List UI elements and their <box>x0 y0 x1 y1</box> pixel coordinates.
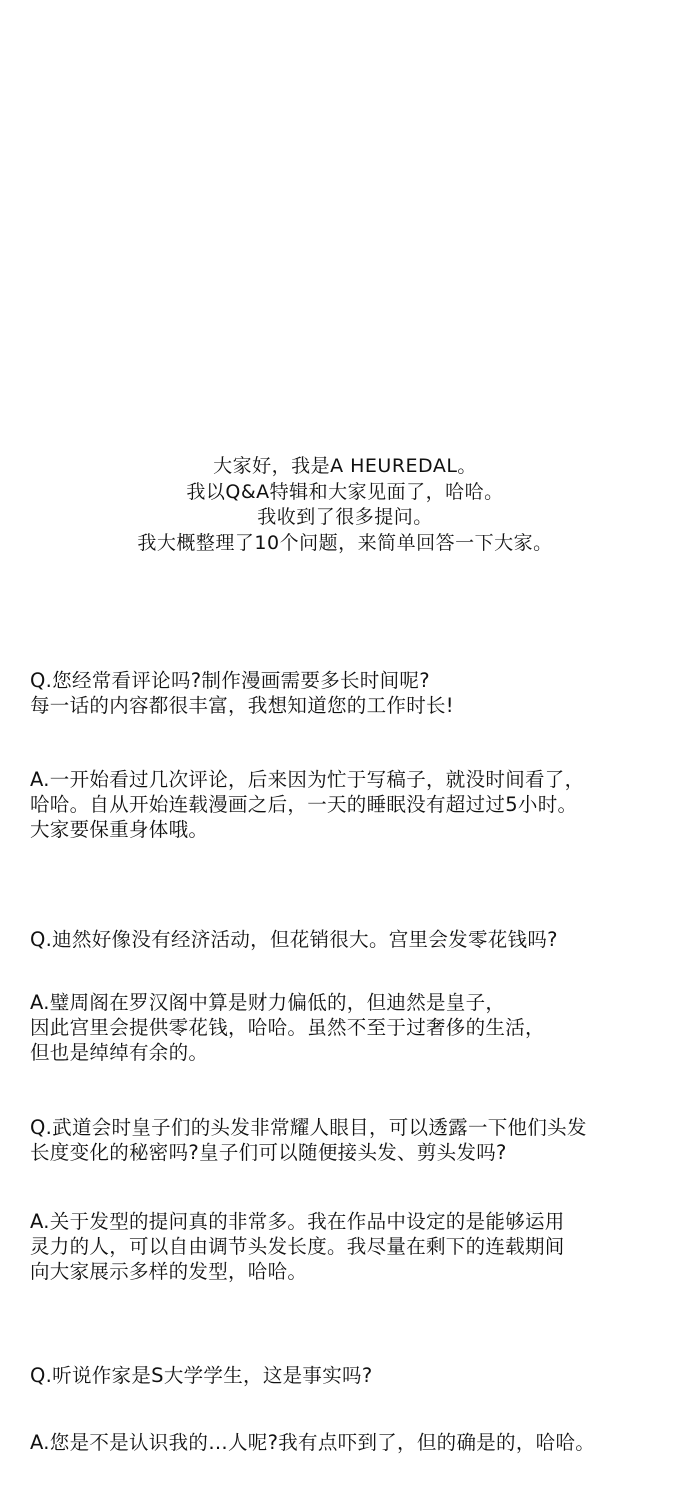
answer-line: A.璧周阁在罗汉阁中算是财力偏低的，但迪然是皇子， <box>30 990 670 1015</box>
question-line: Q.迪然好像没有经济活动，但花销很大。宫里会发零花钱吗? <box>30 927 670 952</box>
question-line: 每一话的内容都很丰富，我想知道您的工作时长! <box>30 693 670 718</box>
answer-line: A.您是不是认识我的…人呢?我有点吓到了，但的确是的，哈哈。 <box>30 1430 670 1455</box>
intro-line: 大家好，我是A HEUREDAL。 <box>0 454 690 480</box>
question-4: Q.听说作家是S大学学生，这是事实吗? <box>30 1363 670 1388</box>
question-line: Q.听说作家是S大学学生，这是事实吗? <box>30 1363 670 1388</box>
answer-3: A.关于发型的提问真的非常多。我在作品中设定的是能够运用 灵力的人，可以自由调节… <box>30 1209 670 1284</box>
comic-page: 大家好，我是A HEUREDAL。 我以Q&A特辑和大家见面了，哈哈。 我收到了… <box>0 0 690 1500</box>
answer-line: 但也是绰绰有余的。 <box>30 1040 670 1065</box>
answer-line: A.关于发型的提问真的非常多。我在作品中设定的是能够运用 <box>30 1209 670 1234</box>
question-2: Q.迪然好像没有经济活动，但花销很大。宫里会发零花钱吗? <box>30 927 670 952</box>
answer-line: 灵力的人，可以自由调节头发长度。我尽量在剩下的连载期间 <box>30 1234 670 1259</box>
question-1: Q.您经常看评论吗?制作漫画需要多长时间呢? 每一话的内容都很丰富，我想知道您的… <box>30 668 670 718</box>
intro-line: 我以Q&A特辑和大家见面了，哈哈。 <box>0 480 690 506</box>
answer-1: A.一开始看过几次评论，后来因为忙于写稿子，就没时间看了， 哈哈。自从开始连载漫… <box>30 767 670 842</box>
intro-line: 我大概整理了10个问题，来简单回答一下大家。 <box>0 531 690 557</box>
question-line: Q.您经常看评论吗?制作漫画需要多长时间呢? <box>30 668 670 693</box>
question-line: Q.武道会时皇子们的头发非常耀人眼目，可以透露一下他们头发 <box>30 1115 670 1140</box>
answer-line: 向大家展示多样的发型，哈哈。 <box>30 1259 670 1284</box>
question-line: 长度变化的秘密吗?皇子们可以随便接头发、剪头发吗? <box>30 1140 670 1165</box>
question-3: Q.武道会时皇子们的头发非常耀人眼目，可以透露一下他们头发 长度变化的秘密吗?皇… <box>30 1115 670 1165</box>
answer-4: A.您是不是认识我的…人呢?我有点吓到了，但的确是的，哈哈。 <box>30 1430 670 1455</box>
answer-line: 大家要保重身体哦。 <box>30 817 670 842</box>
answer-line: 因此宫里会提供零花钱，哈哈。虽然不至于过奢侈的生活， <box>30 1015 670 1040</box>
intro-greeting: 大家好，我是A HEUREDAL。 我以Q&A特辑和大家见面了，哈哈。 我收到了… <box>0 454 690 556</box>
answer-2: A.璧周阁在罗汉阁中算是财力偏低的，但迪然是皇子， 因此宫里会提供零花钱，哈哈。… <box>30 990 670 1065</box>
answer-line: A.一开始看过几次评论，后来因为忙于写稿子，就没时间看了， <box>30 767 670 792</box>
answer-line: 哈哈。自从开始连载漫画之后，一天的睡眠没有超过过5小时。 <box>30 792 670 817</box>
intro-line: 我收到了很多提问。 <box>0 505 690 531</box>
